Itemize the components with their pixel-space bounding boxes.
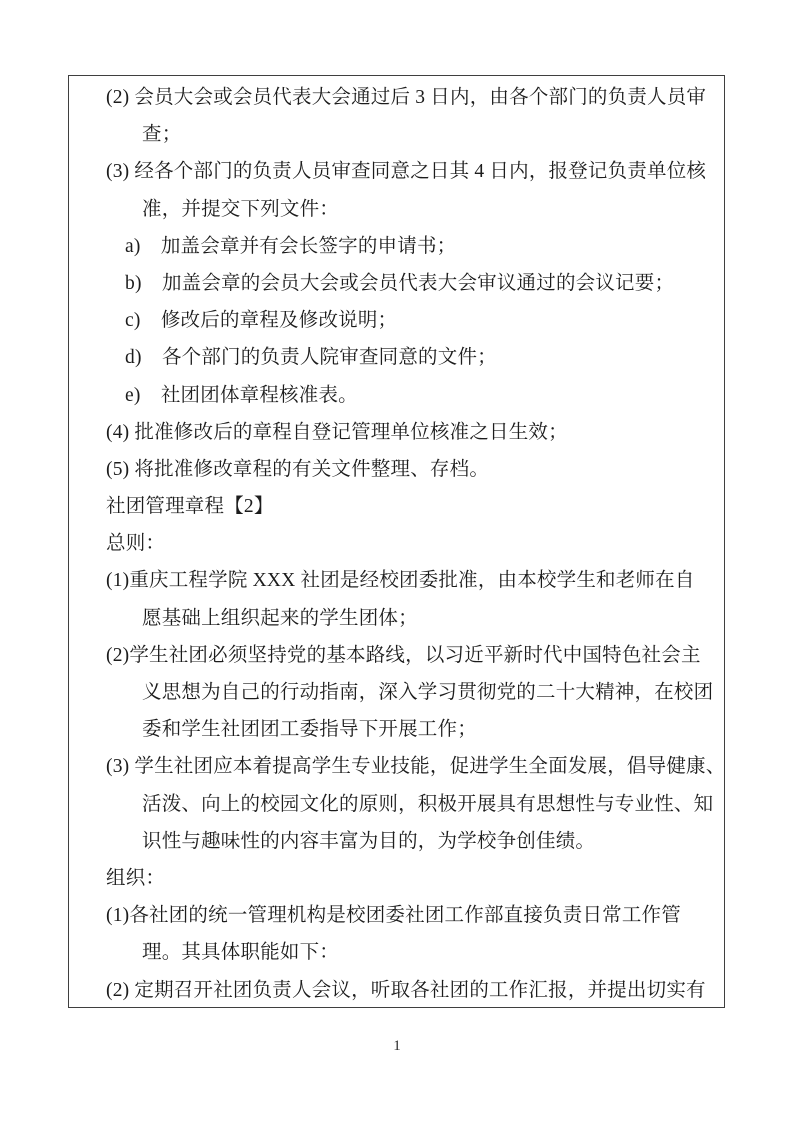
text-line: (5) 将批准修改章程的有关文件整理、存档。 — [69, 451, 724, 488]
text-line: (2) 会员大会或会员代表大会通过后 3 日内，由各个部门的负责人员审 — [69, 79, 724, 116]
text-line: 查； — [69, 116, 724, 153]
text-line: 总则： — [69, 525, 724, 562]
text-line: (2) 定期召开社团负责人会议，听取各社团的工作汇报，并提出切实有 — [69, 972, 724, 1009]
text-line: (1)各社团的统一管理机构是校团委社团工作部直接负责日常工作管 — [69, 897, 724, 934]
text-line: (3) 学生社团应本着提高学生专业技能，促进学生全面发展，倡导健康、 — [69, 748, 724, 785]
text-line: (3) 经各个部门的负责人员审查同意之日其 4 日内，报登记负责单位核 — [69, 153, 724, 190]
charter-table-cell: (2) 会员大会或会员代表大会通过后 3 日内，由各个部门的负责人员审查；(3)… — [68, 75, 725, 1008]
document-lines: (2) 会员大会或会员代表大会通过后 3 日内，由各个部门的负责人员审查；(3)… — [69, 76, 724, 1008]
text-line: 社团管理章程【2】 — [69, 488, 724, 525]
text-line: (1)重庆工程学院 XXX 社团是经校团委批准，由本校学生和老师在自 — [69, 562, 724, 599]
page-number: 1 — [0, 1036, 794, 1056]
text-line: 识性与趣味性的内容丰富为目的，为学校争创佳绩。 — [69, 823, 724, 860]
text-line: 义思想为自己的行动指南，深入学习贯彻党的二十大精神，在校团 — [69, 674, 724, 711]
text-line: (2)学生社团必须坚持党的基本路线，以习近平新时代中国特色社会主 — [69, 637, 724, 674]
text-line: 愿基础上组织起来的学生团体； — [69, 600, 724, 637]
text-line: 准，并提交下列文件： — [69, 191, 724, 228]
text-line: 委和学生社团团工委指导下开展工作； — [69, 711, 724, 748]
text-line: 组织： — [69, 860, 724, 897]
text-line: b) 加盖会章的会员大会或会员代表大会审议通过的会议记要； — [69, 265, 724, 302]
text-line: a) 加盖会章并有会长签字的申请书； — [69, 228, 724, 265]
text-line: (4) 批准修改后的章程自登记管理单位核准之日生效； — [69, 414, 724, 451]
document-page: (2) 会员大会或会员代表大会通过后 3 日内，由各个部门的负责人员审查；(3)… — [0, 0, 794, 1122]
text-line: 理。其具体职能如下： — [69, 934, 724, 971]
text-line: e) 社团团体章程核准表。 — [69, 377, 724, 414]
text-line: c) 修改后的章程及修改说明； — [69, 302, 724, 339]
text-line: 活泼、向上的校园文化的原则，积极开展具有思想性与专业性、知 — [69, 786, 724, 823]
text-line: d) 各个部门的负责人院审查同意的文件； — [69, 339, 724, 376]
